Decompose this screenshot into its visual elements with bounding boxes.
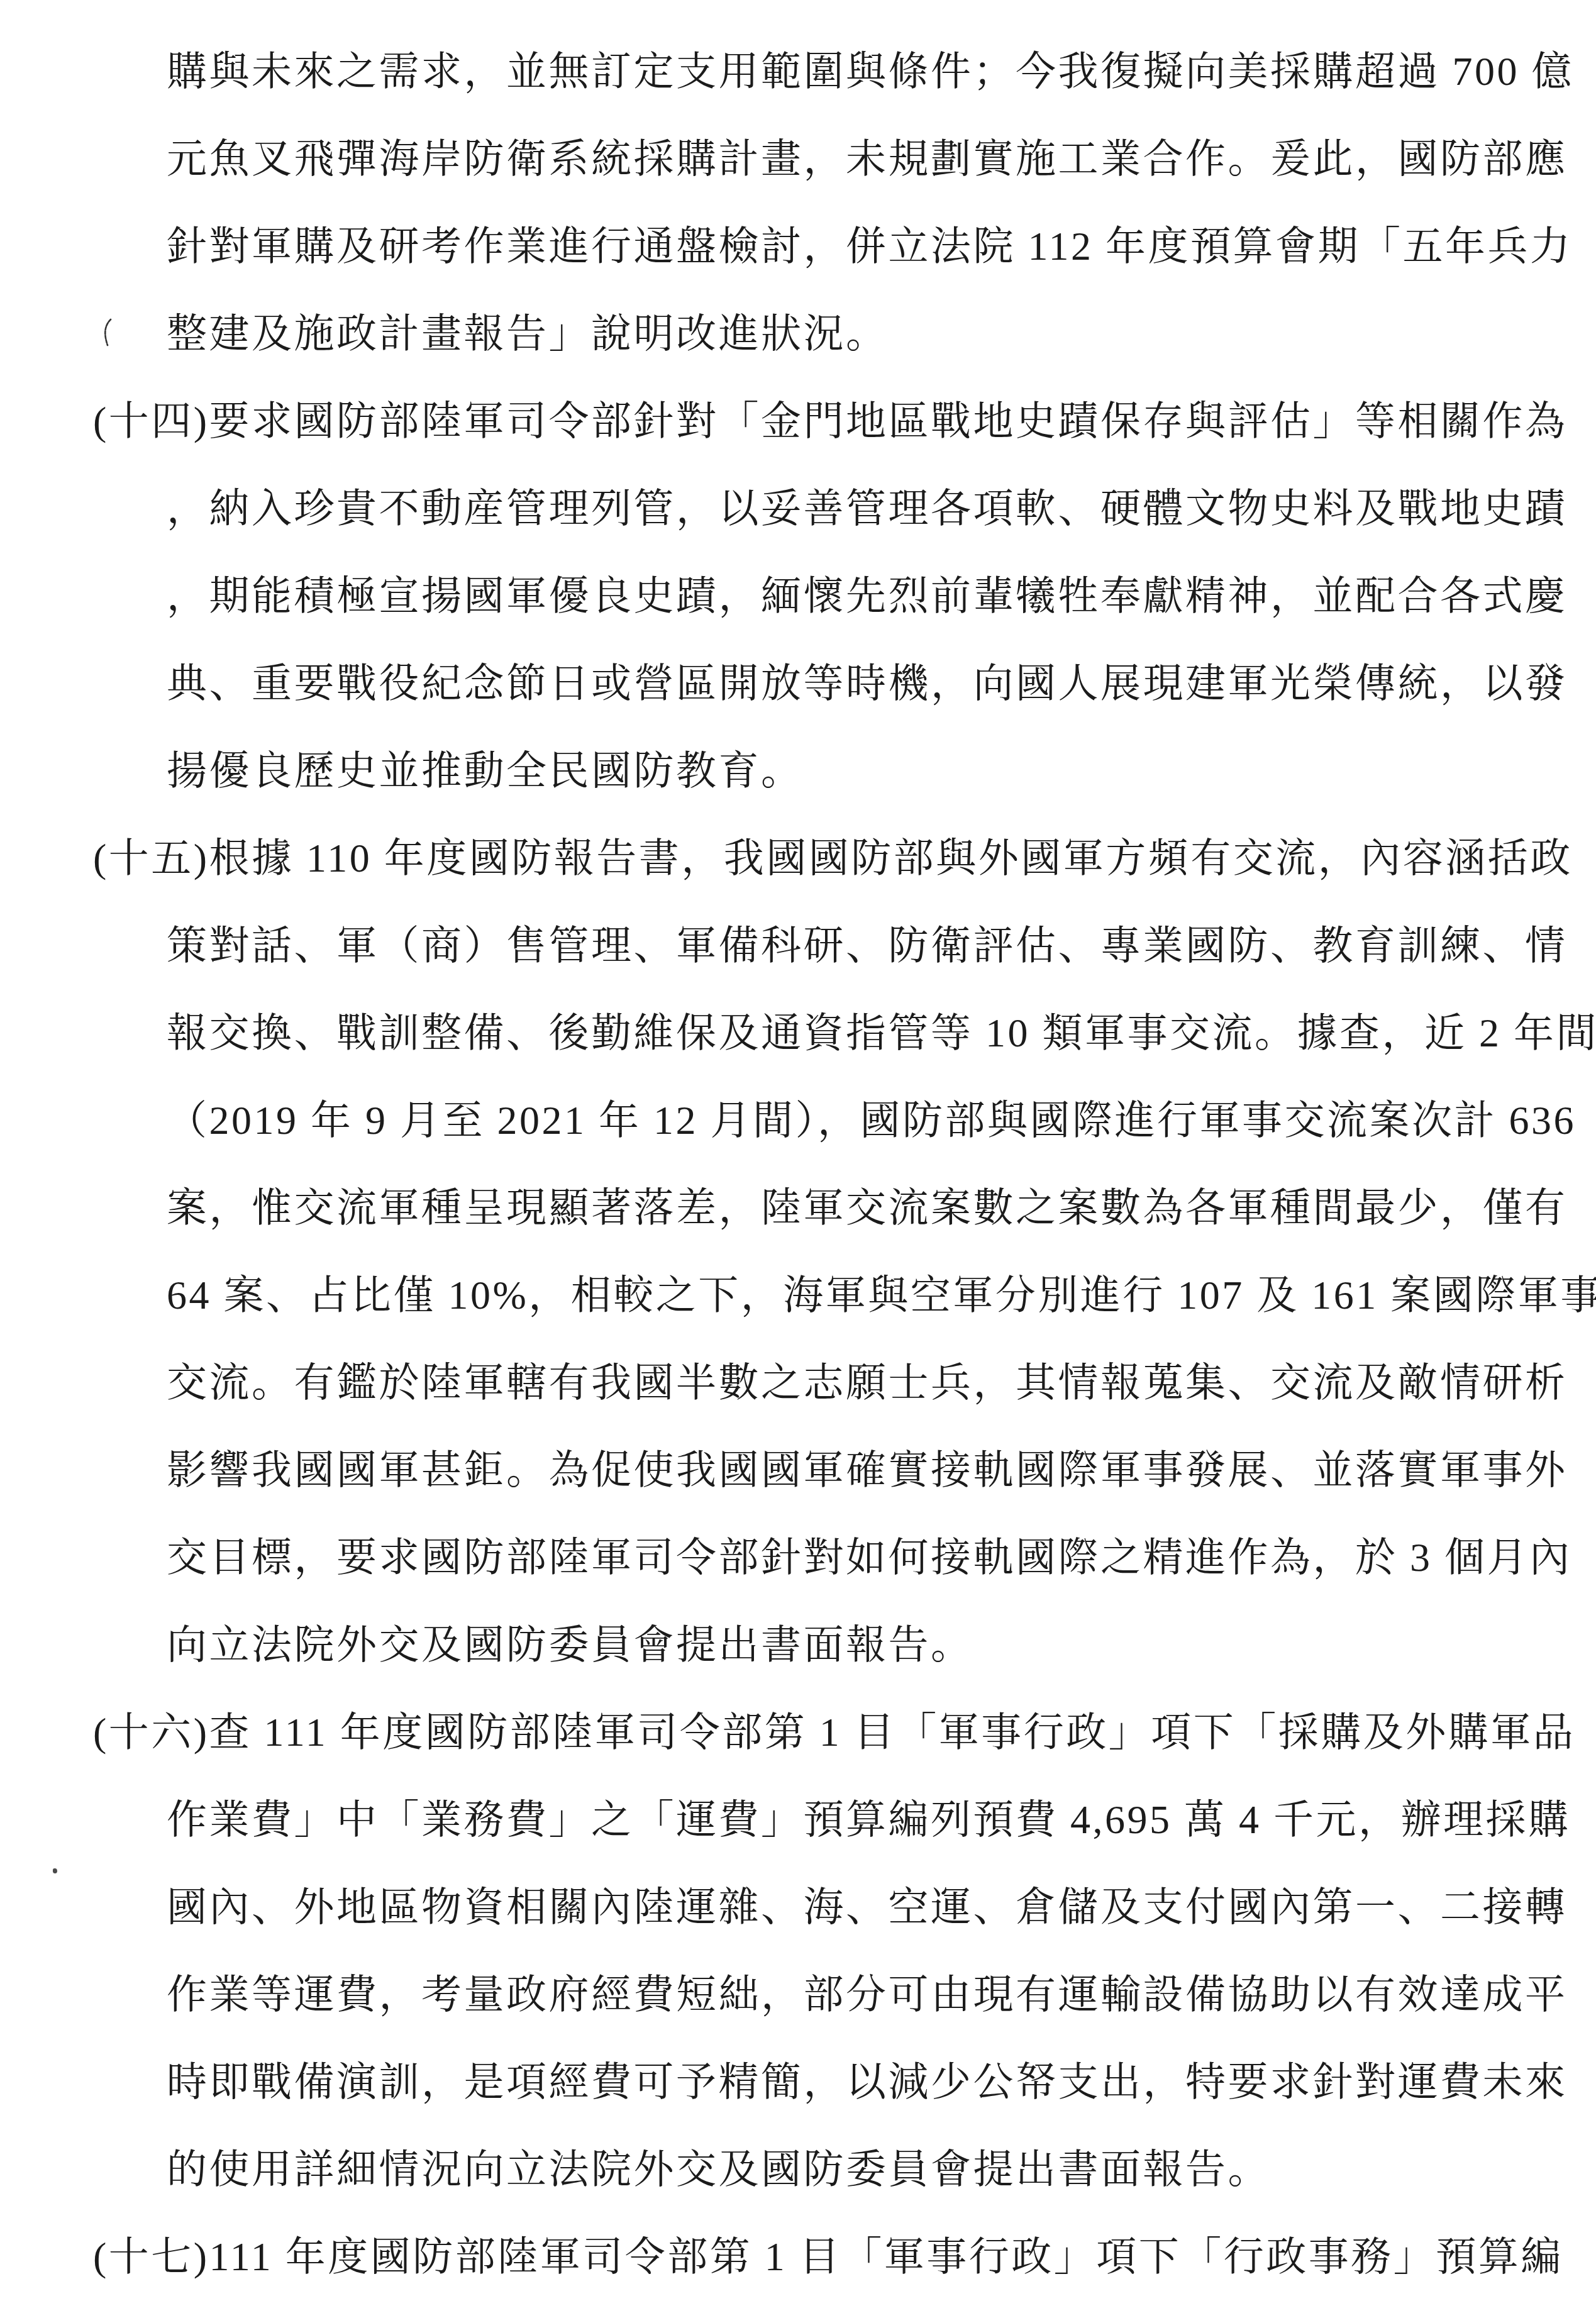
text-line: 整建及施政計畫報告」說明改進狀況。 (0, 290, 1596, 377)
text-line: 作業費」中「業務費」之「運費」預算編列預費 4,695 萬 4 千元，辦理採購 (0, 1776, 1596, 1863)
text-line: 國內、外地區物資相關內陸運雜、海、空運、倉儲及支付國內第一、二接轉 (0, 1863, 1596, 1951)
text-line: 元魚叉飛彈海岸防衛系統採購計畫，未規劃實施工業合作。爰此，國防部應 (0, 115, 1596, 202)
text-line: 時即戰備演訓，是項經費可予精簡，以減少公帑支出，特要求針對運費未來 (0, 2038, 1596, 2126)
text-line: 揚優良歷史並推動全民國防教育。 (0, 727, 1596, 814)
text-line: 報交換、戰訓整備、後勤維保及通資指管等 10 類軍事交流。據查，近 2 年間 (0, 989, 1596, 1077)
text-line: 購與未來之需求，並無訂定支用範圍與條件；今我復擬向美採購超過 700 億 (0, 28, 1596, 115)
text-line: 典、重要戰役紀念節日或營區開放等時機，向國人展現建軍光榮傳統，以發 (0, 640, 1596, 727)
text-line: 64 案、占比僅 10%，相較之下，海軍與空軍分別進行 107 及 161 案國… (0, 1251, 1596, 1339)
text-line-item-15: (十五)根據 110 年度國防報告書，我國國防部與外國軍方頻有交流，內容涵括政 (0, 814, 1596, 902)
text-line: 的使用詳細情況向立法院外交及國防委員會提出書面報告。 (0, 2126, 1596, 2213)
text-line: 交目標，要求國防部陸軍司令部針對如何接軌國際之精進作為，於 3 個月內 (0, 1514, 1596, 1601)
text-line: 向立法院外交及國防委員會提出書面報告。 (0, 1601, 1596, 1689)
text-line: 策對話、軍（商）售管理、軍備科研、防衛評估、專業國防、教育訓練、情 (0, 902, 1596, 989)
text-line-item-16: (十六)查 111 年度國防部陸軍司令部第 1 目「軍事行政」項下「採購及外購軍… (0, 1689, 1596, 1776)
text-line: ，納入珍貴不動産管理列管，以妥善管理各項軟、硬體文物史料及戰地史蹟 (0, 465, 1596, 552)
text-line: 影響我國國軍甚鉅。為促使我國國軍確實接軌國際軍事發展、並落實軍事外 (0, 1426, 1596, 1514)
text-line: ，期能積極宣揚國軍優良史蹟，緬懷先烈前輩犧牲奉獻精神，並配合各式慶 (0, 552, 1596, 640)
scan-artifact-curve-mark (101, 318, 114, 348)
text-line-item-14: (十四)要求國防部陸軍司令部針對「金門地區戰地史蹟保存與評估」等相關作為 (0, 377, 1596, 465)
text-line-item-17: (十七)111 年度國防部陸軍司令部第 1 目「軍事行政」項下「行政事務」預算編 (0, 2213, 1596, 2300)
text-line: 針對軍購及研考作業進行通盤檢討，併立法院 112 年度預算會期「五年兵力 (0, 202, 1596, 290)
text-line: （2019 年 9 月至 2021 年 12 月間），國防部與國際進行軍事交流案… (0, 1077, 1596, 1164)
text-line: 交流。有鑑於陸軍轄有我國半數之志願士兵，其情報蒐集、交流及敵情研析 (0, 1339, 1596, 1426)
scan-artifact-dot (53, 1868, 57, 1873)
text-line: 案，惟交流軍種呈現顯著落差，陸軍交流案數之案數為各軍種間最少，僅有 (0, 1164, 1596, 1251)
text-line: 作業等運費，考量政府經費短絀，部分可由現有運輸設備協助以有效達成平 (0, 1951, 1596, 2038)
document-page: 購與未來之需求，並無訂定支用範圍與條件；今我復擬向美採購超過 700 億 元魚叉… (0, 0, 1596, 2318)
